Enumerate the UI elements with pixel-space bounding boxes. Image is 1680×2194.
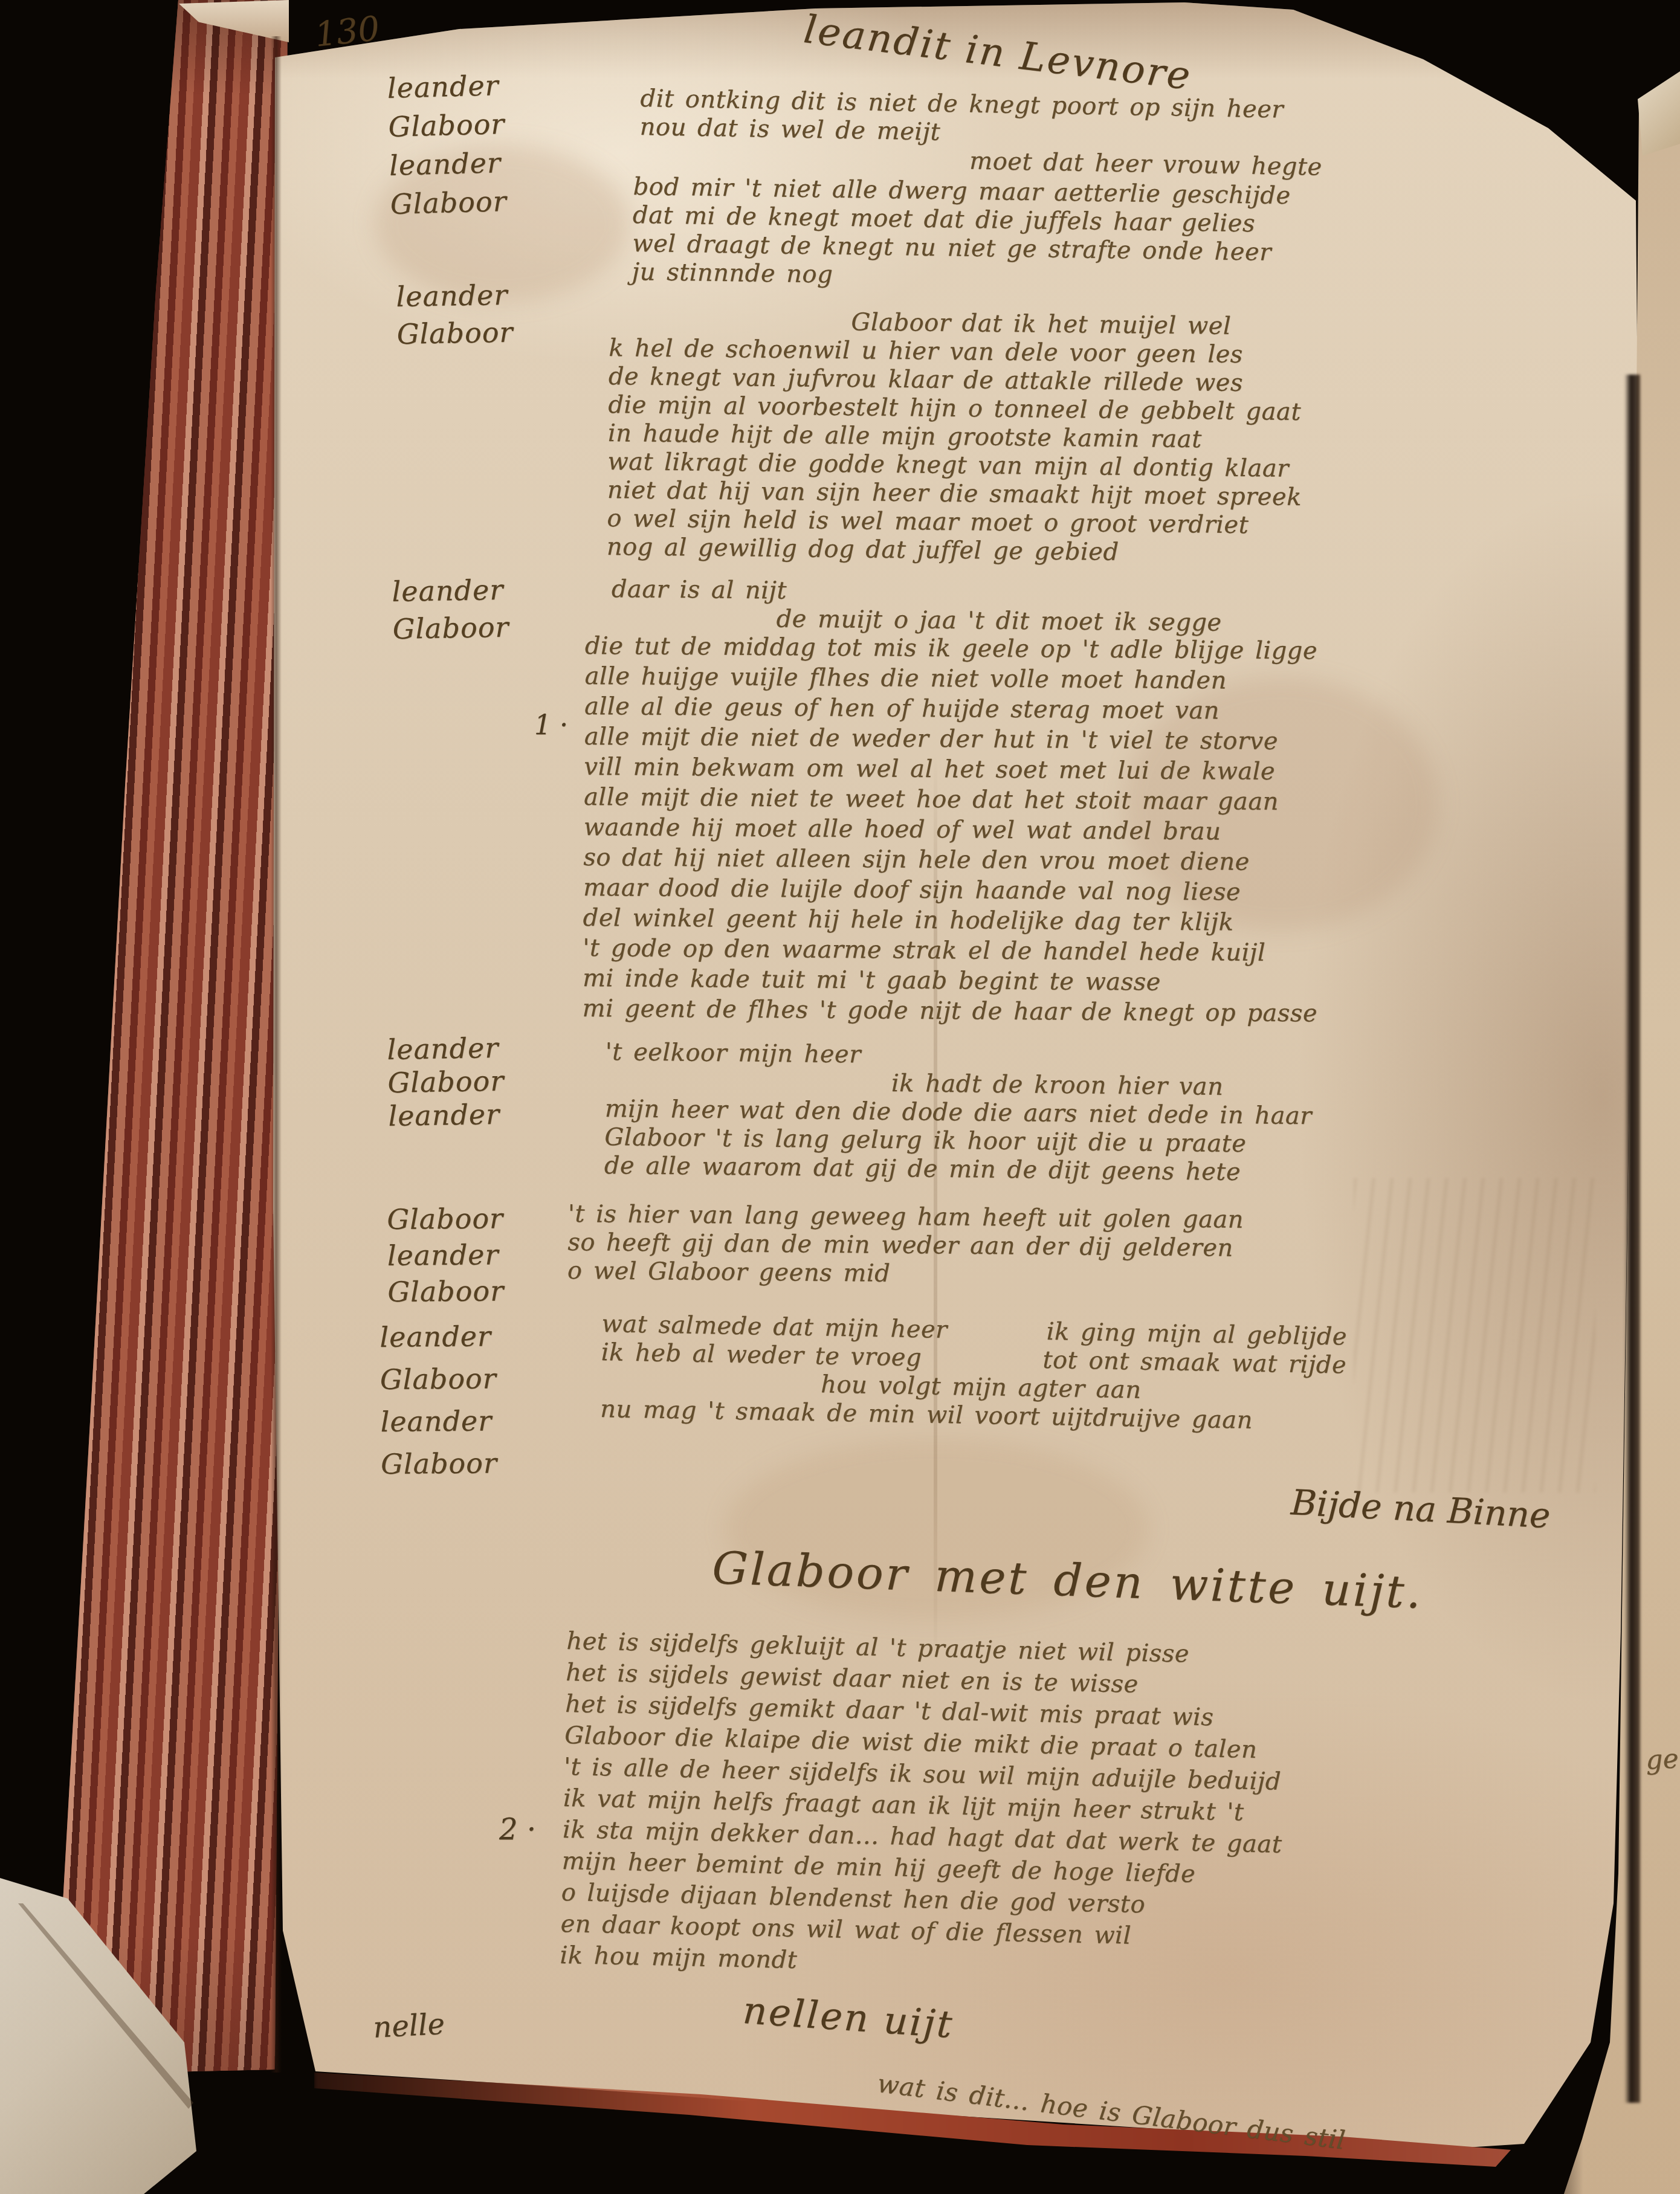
- manuscript-photo: ge 130 leandit in Levnore leanderGlaboor…: [0, 0, 1680, 2194]
- body-block-4: daar is al nijt de muijt o jaa 't dit mo…: [611, 575, 1222, 637]
- gutter-shadow: [1624, 375, 1640, 2103]
- body-block-8: wat salmede dat mijn heer ik ging mijn a…: [600, 1310, 1348, 1436]
- speaker-block-3: leanderGlaboor: [392, 571, 509, 648]
- margin-mark-2: 2 ·: [499, 1813, 536, 1847]
- body-block-9: het is sijdelfs gekluijt al 't praatje n…: [560, 1625, 1286, 1986]
- speaker-block-2: leanderGlaboor: [396, 276, 514, 353]
- speaker-block-1: leanderGlaboorleanderGlaboor: [387, 66, 507, 224]
- speaker-block-5: GlaboorleanderGlaboor: [387, 1200, 504, 1310]
- fore-edge-stack: [0, 0, 302, 2194]
- margin-note-nelle: nelle: [372, 2007, 445, 2045]
- body-block-2: bod mir 't niet alle dwerg maar aetterli…: [632, 173, 1291, 295]
- body-block-6: 't eelkoor mijn heer ik hadt de kroon hi…: [604, 1038, 1313, 1187]
- body-block-7: 't is hier van lang geweeg ham heeft uit…: [567, 1200, 1244, 1291]
- page-left-crease: [271, 36, 282, 2073]
- body-block-5: die tut de middag tot mis ik geele op 't…: [582, 631, 1320, 1028]
- speaker-block-6: leanderGlaboorleanderGlaboor: [380, 1315, 497, 1485]
- ink-showthrough: [1354, 1178, 1595, 1492]
- body-block-1: dit ontking dit is niet de knegt poort o…: [639, 85, 1323, 182]
- page-number: 130: [313, 9, 381, 55]
- body-block-3: Glaboor dat ik het muijel welk hel de sc…: [607, 306, 1304, 569]
- speaker-block-4: leanderGlaboorleander: [387, 1031, 505, 1133]
- facing-page-text-fragment: ge: [1645, 1743, 1679, 1776]
- margin-mark-1: 1 ·: [534, 710, 568, 741]
